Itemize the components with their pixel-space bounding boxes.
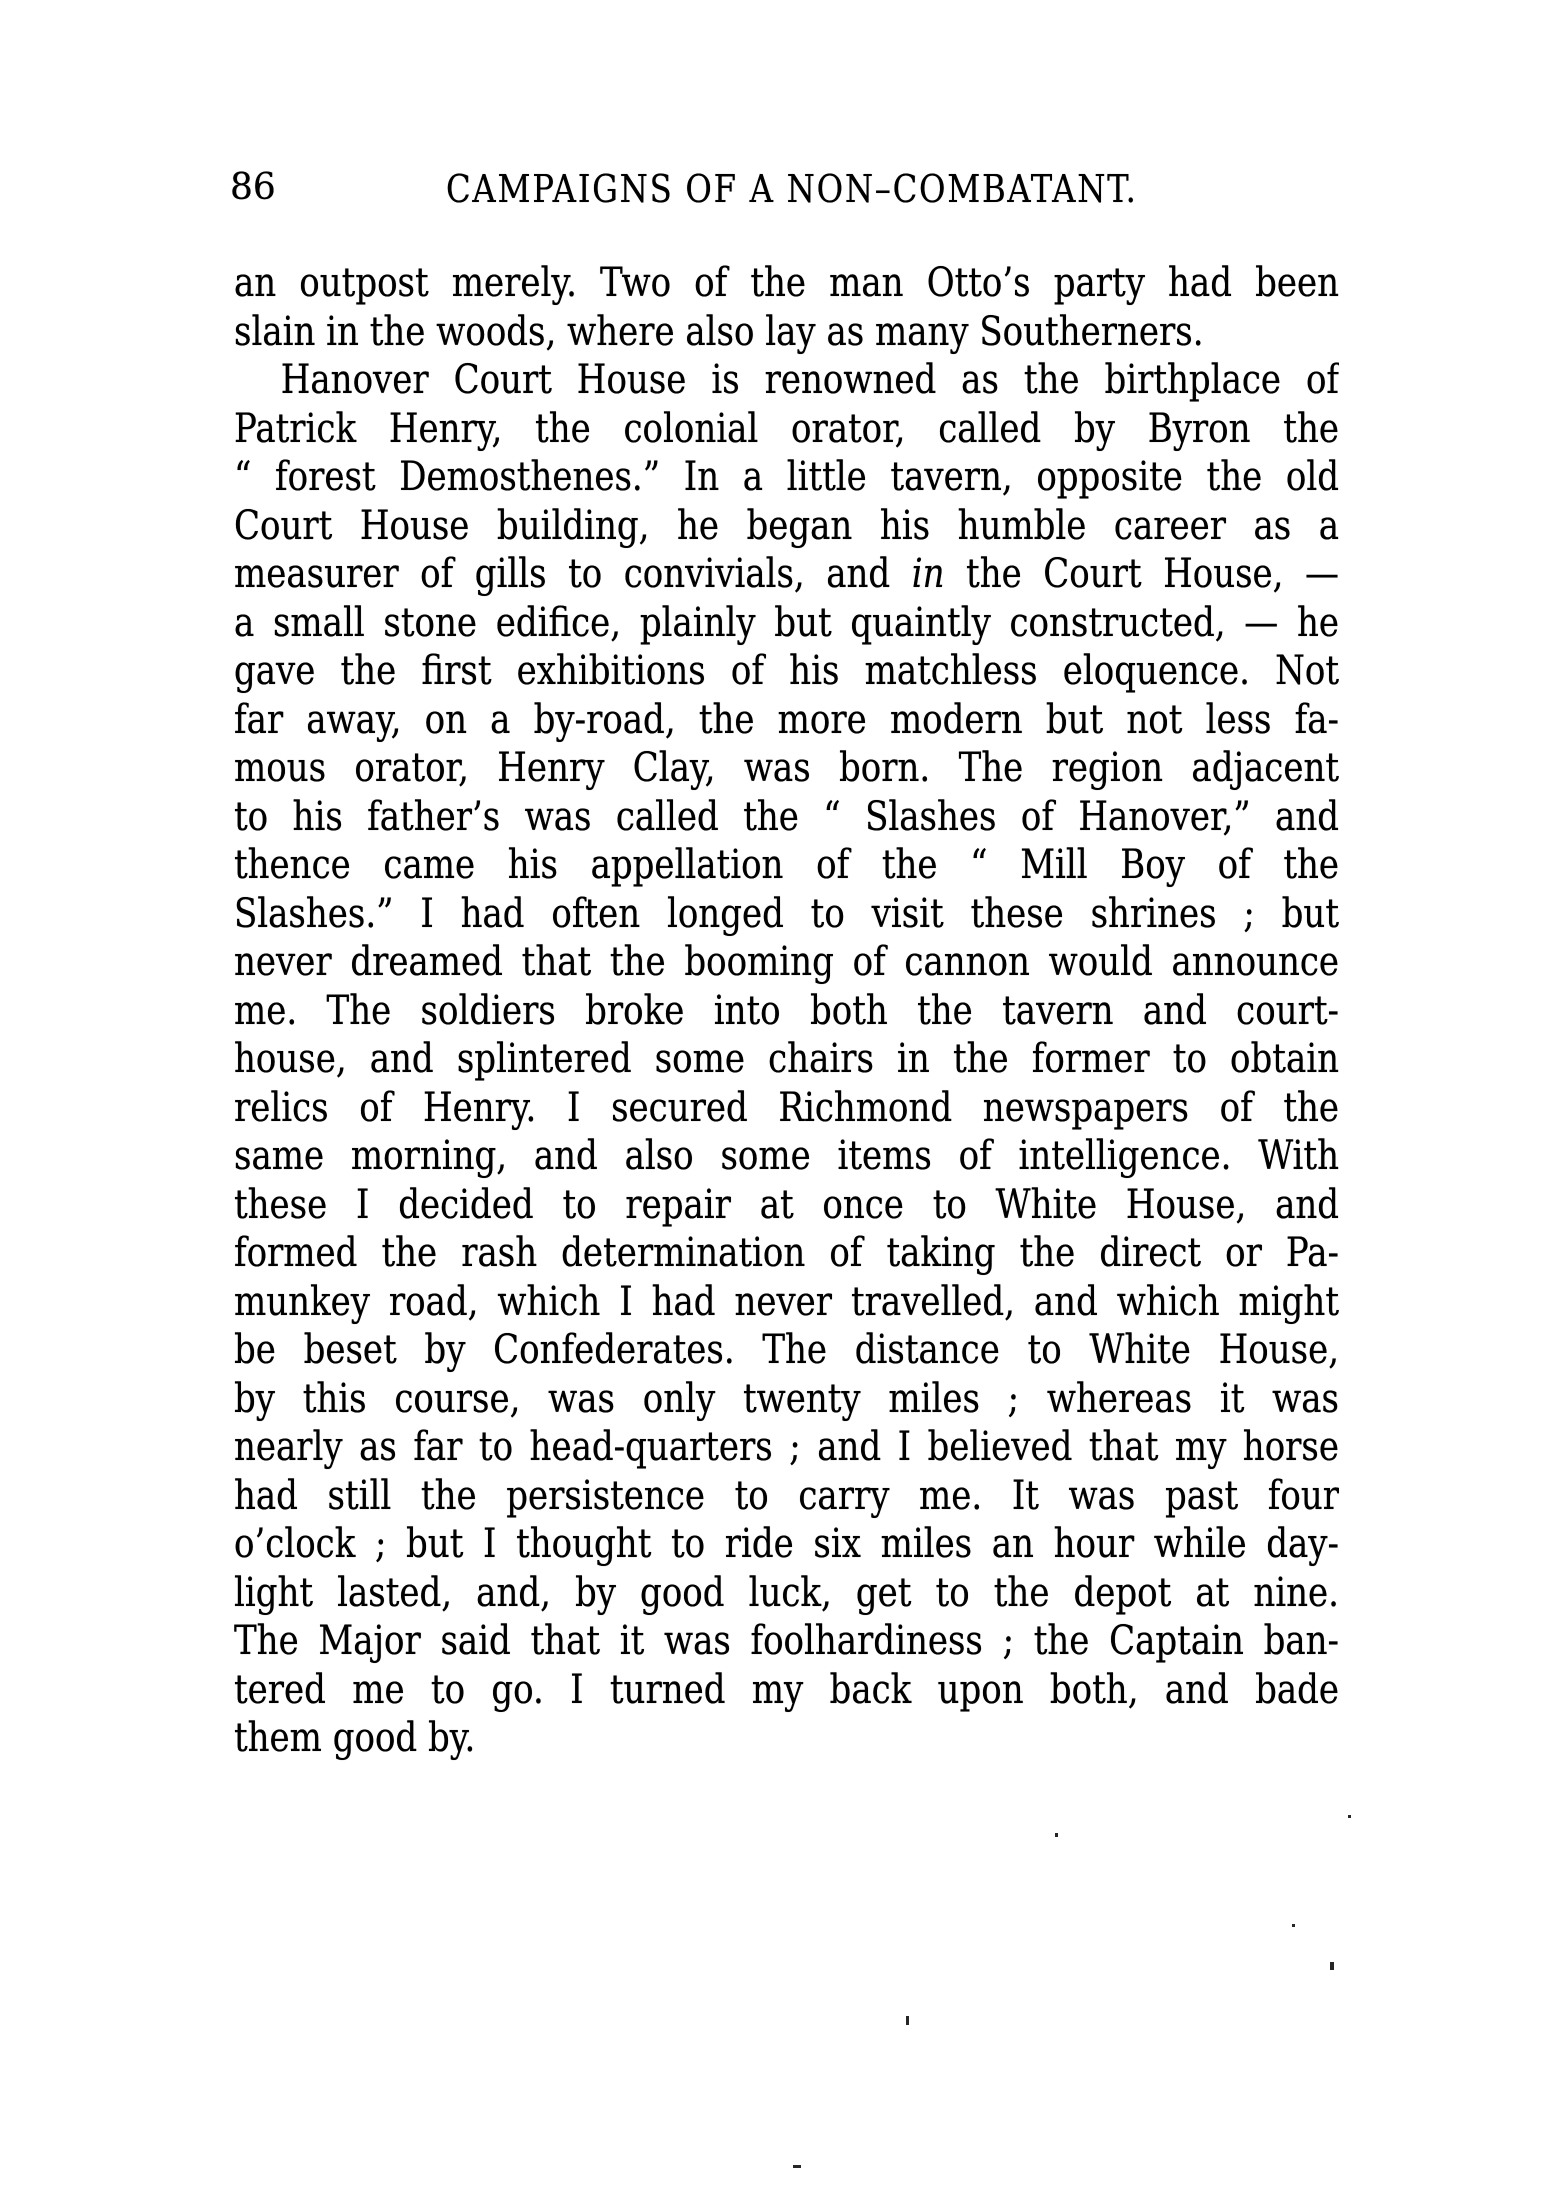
text-line: them good by. — [234, 1714, 1339, 1763]
text-line: “ forest Demosthenes.” In a little taver… — [234, 453, 1339, 502]
text-line: Slashes.” I had often longed to visit th… — [234, 890, 1339, 939]
text-line: be beset by Confederates. The distance t… — [234, 1326, 1339, 1375]
text-line: a small stone edifice, plainly but quain… — [234, 599, 1339, 648]
ink-speck — [1330, 1962, 1334, 1970]
ink-speck — [1348, 1815, 1351, 1818]
text-line: light lasted, and, by good luck, get to … — [234, 1569, 1339, 1618]
text-line: The Major said that it was foolhardiness… — [234, 1617, 1339, 1666]
text-line: measurer of gills to convivials, and in … — [234, 550, 1339, 599]
text-line: relics of Henry. I secured Richmond news… — [234, 1084, 1339, 1133]
text-line: these I decided to repair at once to Whi… — [234, 1181, 1339, 1230]
text-line: mous orator, Henry Clay, was born. The r… — [234, 744, 1339, 793]
running-header-title: CAMPAIGNS OF A NON–COMBATANT. — [446, 170, 1211, 208]
text-line: an outpost merely. Two of the man Otto’s… — [234, 259, 1339, 308]
ink-speck — [793, 2165, 801, 2168]
ink-speck — [1055, 1833, 1058, 1837]
text-line: had still the persistence to carry me. I… — [234, 1472, 1339, 1521]
text-line: me. The soldiers broke into both the tav… — [234, 987, 1339, 1036]
text-line: to his father’s was called the “ Slashes… — [234, 793, 1339, 842]
text-line: Patrick Henry, the colonial orator, call… — [234, 405, 1339, 454]
text-line: never dreamed that the booming of cannon… — [234, 938, 1339, 987]
text-line: far away, on a by-road, the more modern … — [234, 696, 1339, 745]
page-text: an outpost merely. Two of the man Otto’s… — [234, 259, 1534, 1763]
text-line: house, and splintered some chairs in the… — [234, 1035, 1339, 1084]
ink-speck — [906, 2016, 909, 2025]
text-line: tered me to go. I turned my back upon bo… — [234, 1666, 1339, 1715]
page-number: 86 — [230, 170, 276, 206]
text-line: Hanover Court House is renowned as the b… — [234, 356, 1339, 405]
text-line: nearly as far to head-quarters ; and I b… — [234, 1423, 1339, 1472]
text-line: same morning, and also some items of int… — [234, 1132, 1339, 1181]
ink-speck — [1292, 1924, 1295, 1927]
text-line: Court House building, he began his humbl… — [234, 502, 1339, 551]
text-line: munkey road, which I had never travelled… — [234, 1278, 1339, 1327]
text-line: o’clock ; but I thought to ride six mile… — [234, 1520, 1339, 1569]
text-line: formed the rash determination of taking … — [234, 1229, 1339, 1278]
text-line: slain in the woods, where also lay as ma… — [234, 308, 1339, 357]
text-line: by this course, was only twenty miles ; … — [234, 1375, 1339, 1424]
text-line: thence came his appellation of the “ Mil… — [234, 841, 1339, 890]
text-line: gave the first exhibitions of his matchl… — [234, 647, 1339, 696]
